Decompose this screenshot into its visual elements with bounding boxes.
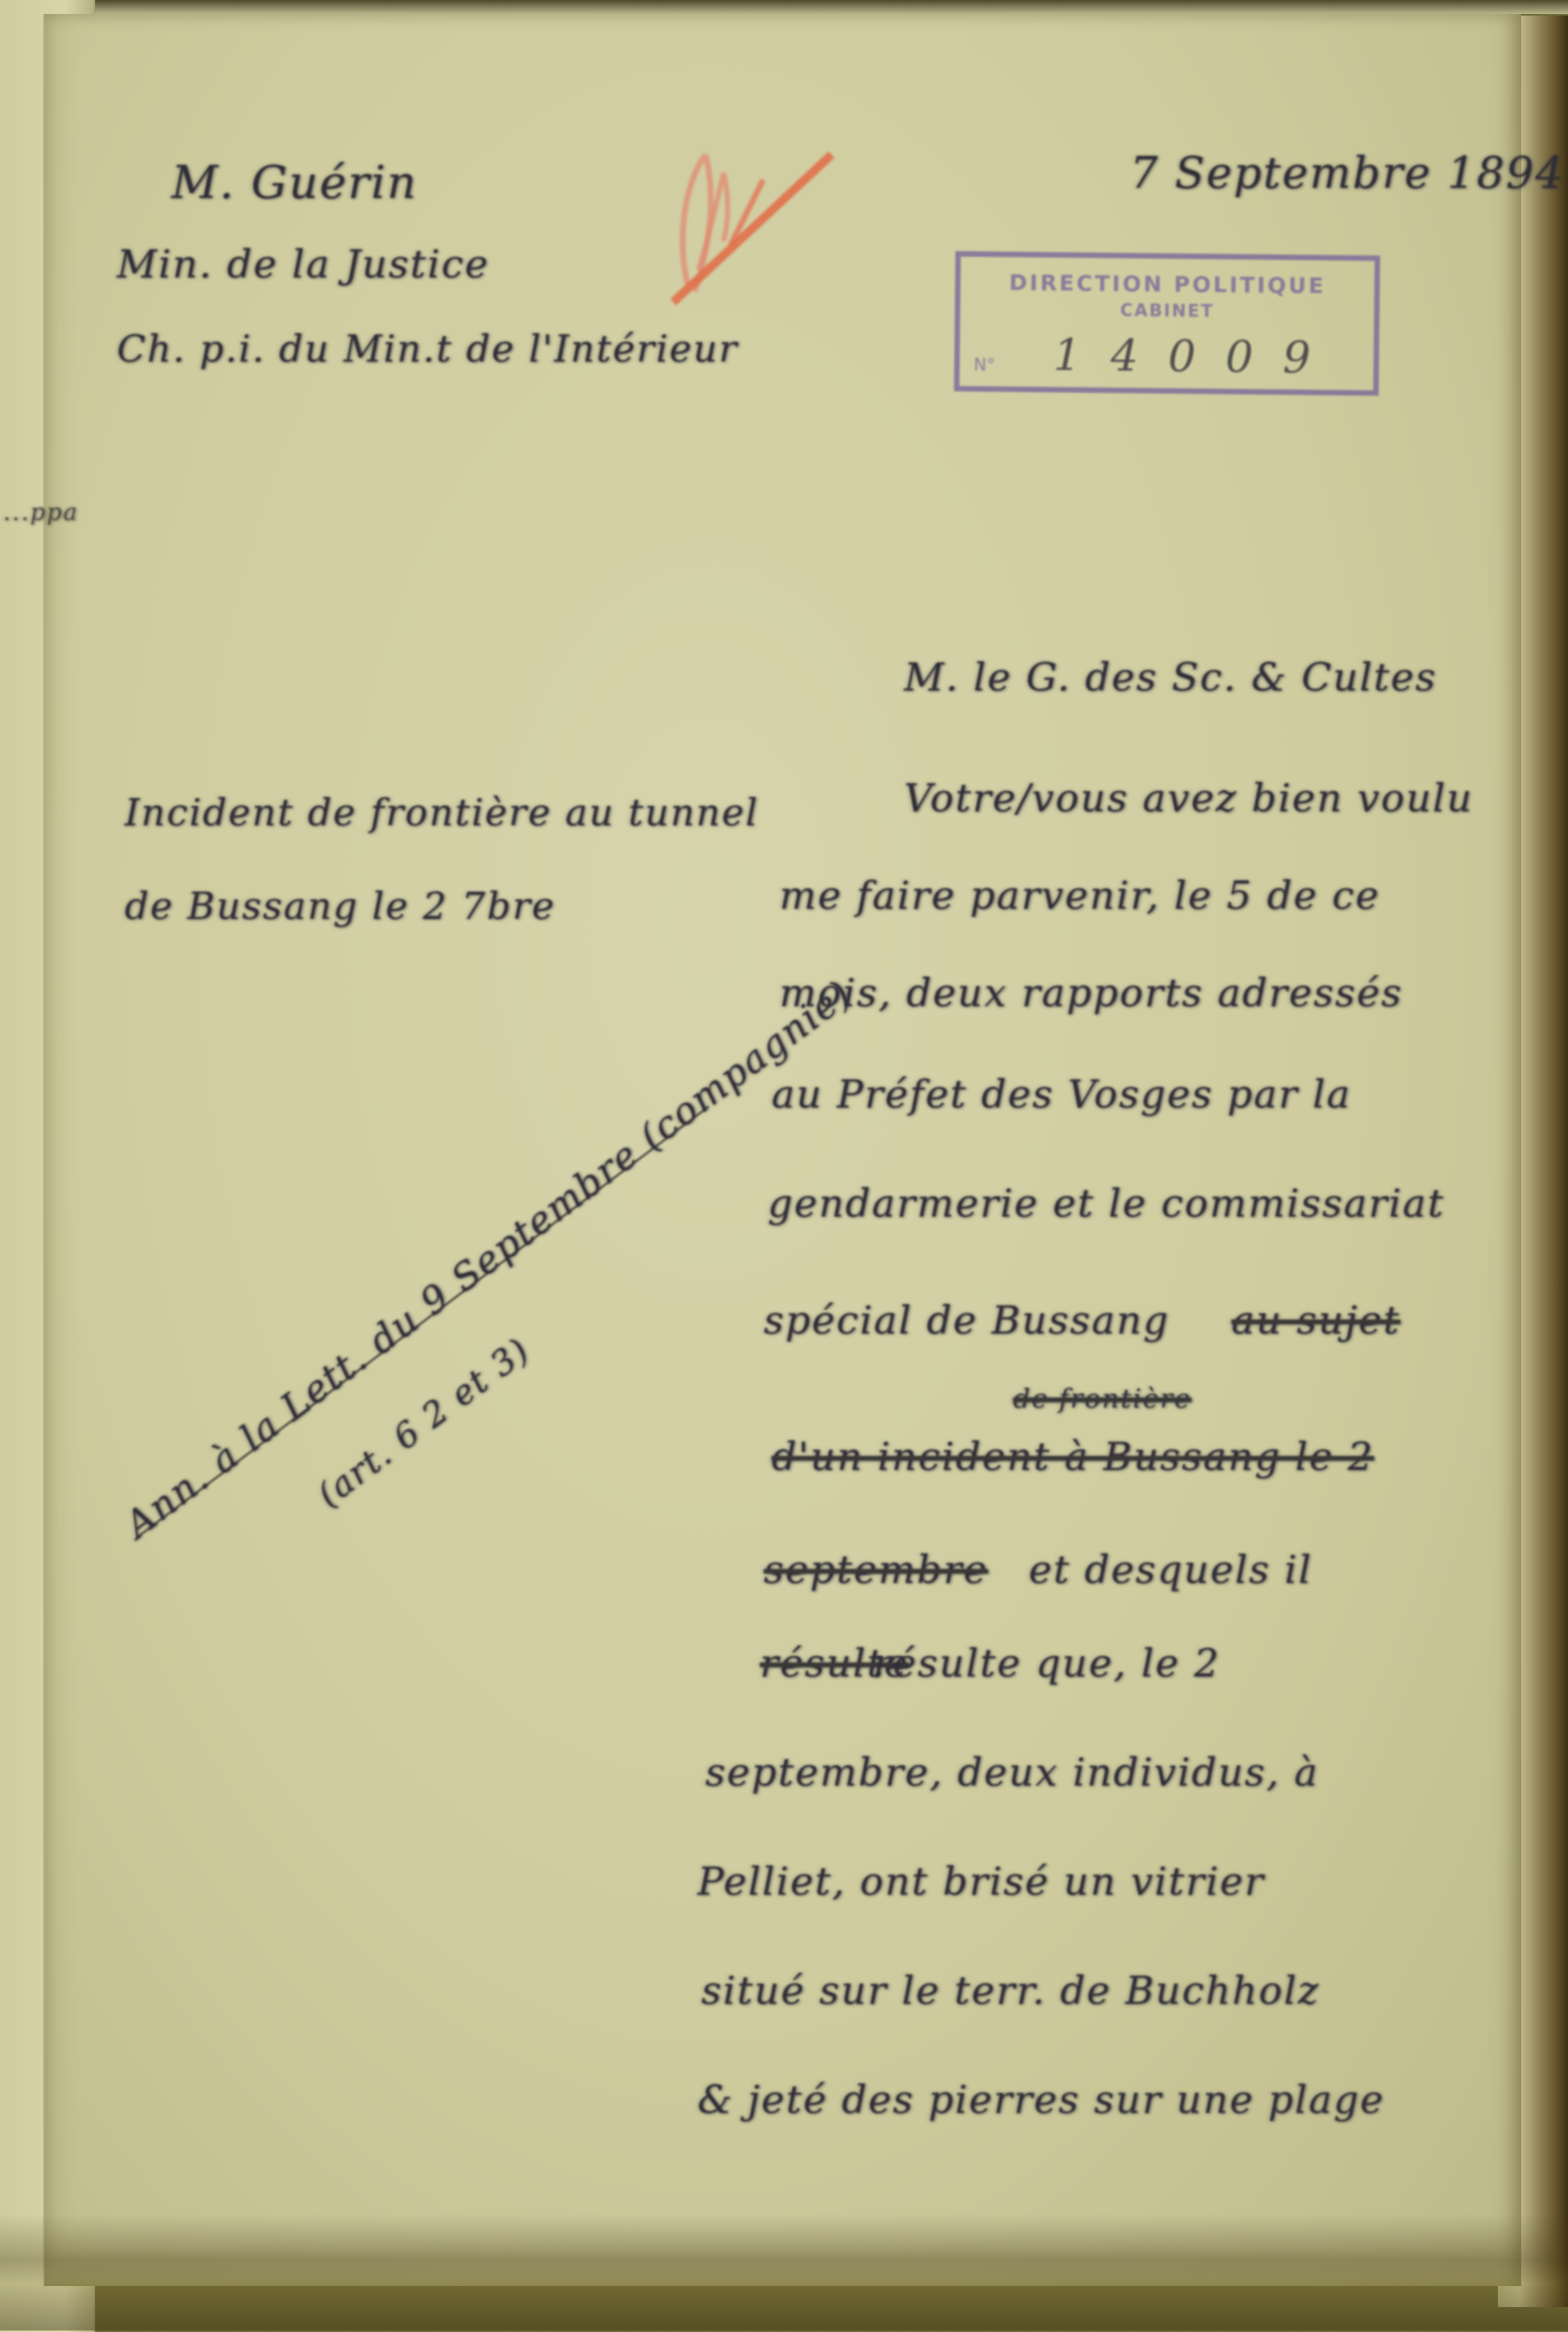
body-line: mois, deux rapports adressés	[779, 970, 1403, 1016]
struck-text: septembre	[764, 1547, 988, 1592]
red-initials-icon	[655, 140, 857, 327]
addressee-line-2: Min. de la Justice	[117, 242, 489, 287]
struck-text: au sujet	[1231, 1298, 1400, 1343]
addressee-line-1: M. Guérin	[171, 156, 418, 209]
scan-top-edge	[0, 0, 1568, 14]
stamp-line-3: N°	[973, 355, 995, 375]
stamp-number: 14009	[1053, 330, 1351, 383]
bottom-fold-shadow	[0, 2214, 1568, 2330]
body-line: au Préfet des Vosges par la	[772, 1072, 1351, 1117]
body-line: me faire parvenir, le 5 de ce	[779, 873, 1380, 918]
margin-note-left: ...ppa	[3, 499, 79, 526]
addressee-line-3: Ch. p.i. du Min.t de l'Intérieur	[117, 327, 738, 371]
body-line: Votre/vous avez bien voulu	[904, 776, 1473, 821]
direction-politique-stamp: DIRECTION POLITIQUE CABINET N° 14009	[954, 251, 1380, 396]
stamp-line-1: DIRECTION POLITIQUE	[960, 269, 1374, 299]
body-line: Pelliet, ont brisé un vitrier	[697, 1859, 1265, 1904]
body-line: & jeté des pierres sur une plage	[697, 2077, 1385, 2122]
salutation: M. le G. des Sc. & Cultes	[904, 655, 1437, 700]
subject-line-1: Incident de frontière au tunnel	[125, 791, 759, 835]
body-line: spécial de Bussang	[764, 1298, 1170, 1343]
subject-line-2: de Bussang le 2 7bre	[125, 885, 556, 928]
struck-text: d'un incident à Bussang le 2	[772, 1434, 1374, 1479]
stamp-line-2: CABINET	[960, 299, 1374, 323]
letter-date: 7 Septembre 1894	[1130, 148, 1565, 199]
body-line: septembre, deux individus, à	[705, 1750, 1319, 1795]
body-line: gendarmerie et le commissariat	[768, 1181, 1445, 1226]
body-line: situé sur le terr. de Buchholz	[701, 1968, 1320, 2013]
interlinear-insertion: de frontière	[1013, 1383, 1192, 1415]
body-line: résulte que, le 2	[873, 1641, 1220, 1686]
body-line: et desquels il	[1029, 1547, 1312, 1592]
